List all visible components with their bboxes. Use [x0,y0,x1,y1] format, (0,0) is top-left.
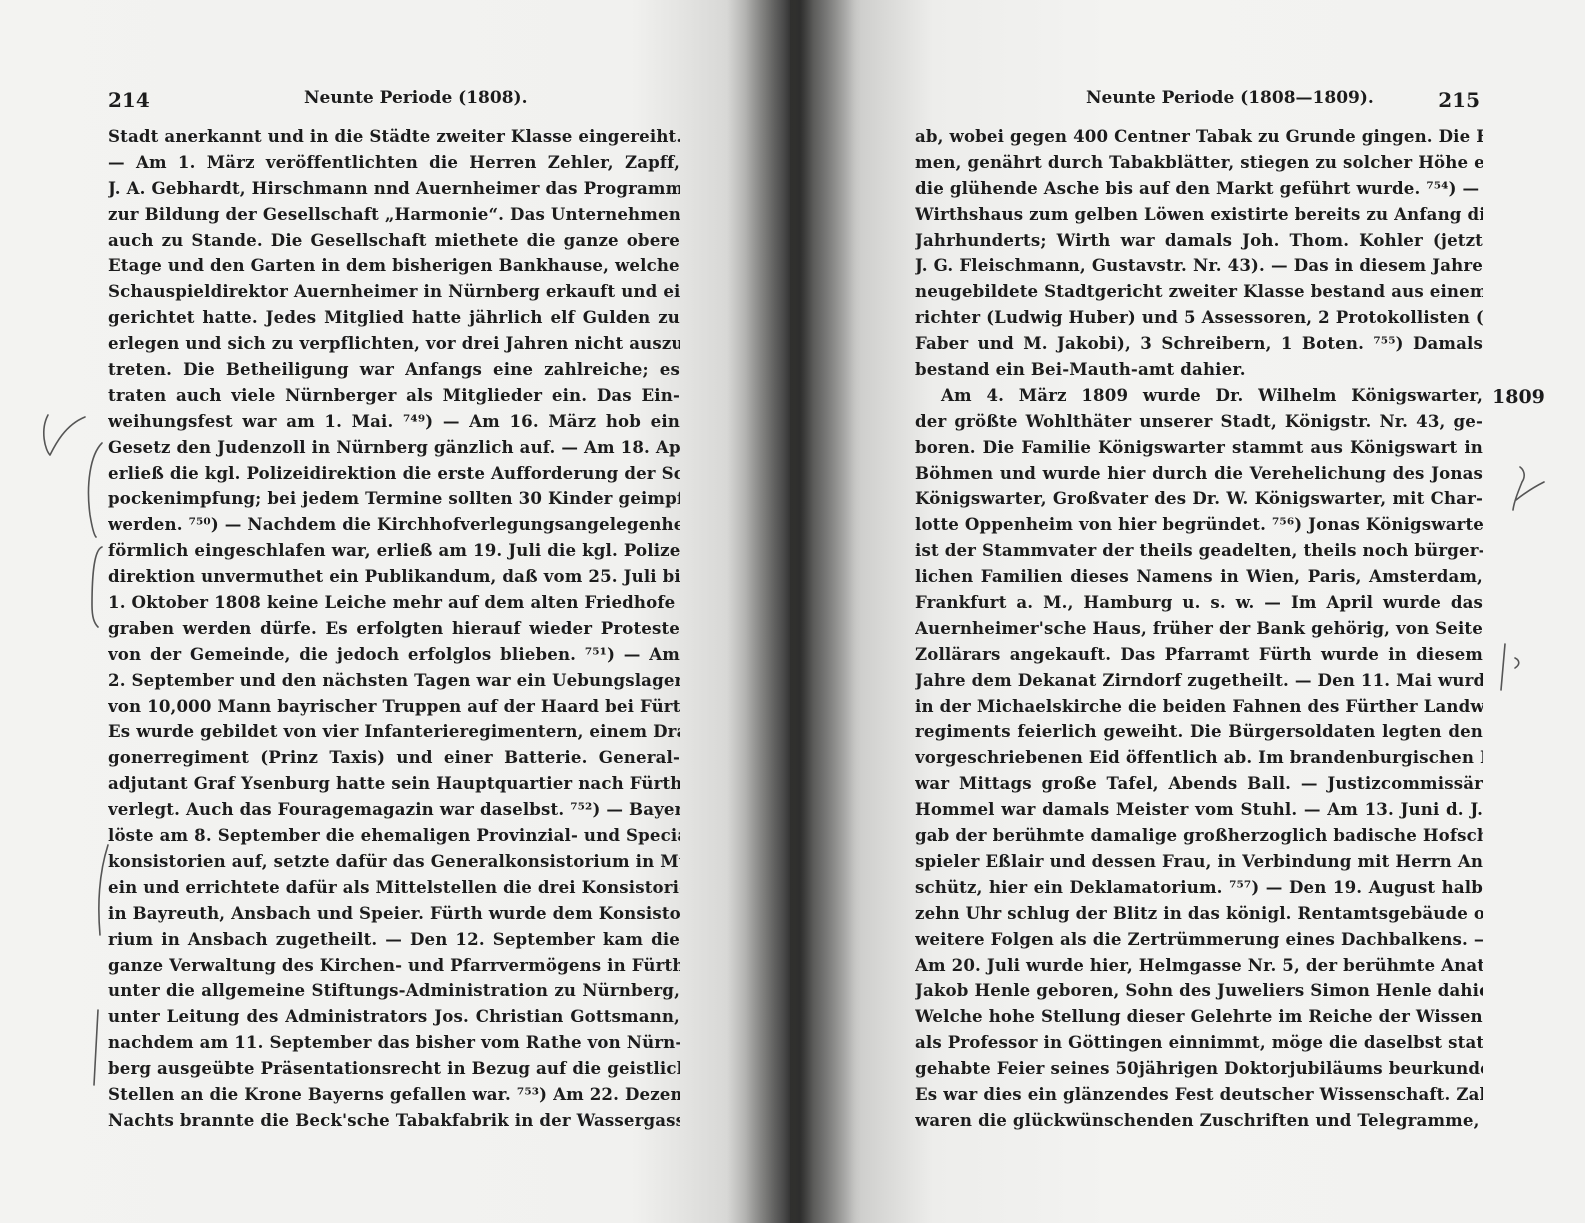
text-line: Jakob Henle geboren, Sohn des Juweliers … [915,978,1483,1004]
text-line: traten auch viele Nürnberger als Mitglie… [108,383,680,409]
text-line: Jahre dem Dekanat Zirndorf zugetheilt. —… [915,668,1483,694]
text-line: Jahrhunderts; Wirth war damals Joh. Thom… [915,228,1483,254]
text-line: adjutant Graf Ysenburg hatte sein Hauptq… [108,771,680,797]
text-line: unter die allgemeine Stiftungs-Administr… [108,978,680,1004]
text-line: Böhmen und wurde hier durch die Vereheli… [915,461,1483,487]
text-line: unter Leitung des Administrators Jos. Ch… [108,1004,680,1030]
right-page: Neunte Periode (1808—1809). 215 ab, wobe… [790,0,1585,1223]
text-line: J. A. Gebhardt, Hirschmann nnd Auernheim… [108,176,680,202]
text-line: treten. Die Betheiligung war Anfangs ein… [108,357,680,383]
page-number: 215 [1438,88,1480,112]
text-line: zur Bildung der Gesellschaft „Harmonie“.… [108,202,680,228]
text-line: Schauspieldirektor Auernheimer in Nürnbe… [108,279,680,305]
pencil-checkmark-icon [40,405,90,485]
text-line: waren die glückwünschenden Zuschriften u… [915,1108,1483,1134]
text-line: gerichtet hatte. Jedes Mitglied hatte jä… [108,305,680,331]
text-line: weitere Folgen als die Zertrümmerung ein… [915,927,1483,953]
text-line: erließ die kgl. Polizeidirektion die ers… [108,461,680,487]
text-line: Es war dies ein glänzendes Fest deutsche… [915,1082,1483,1108]
text-line: richter (Ludwig Huber) und 5 Assessoren,… [915,305,1483,331]
running-title: Neunte Periode (1808—1809). [1086,88,1374,108]
text-line: Zollärars angekauft. Das Pfarramt Fürth … [915,642,1483,668]
text-line: Es wurde gebildet von vier Infanteriereg… [108,719,680,745]
pencil-bracket-annotation [80,435,110,635]
text-line: lotte Oppenheim von hier begründet. ⁷⁵⁶)… [915,512,1483,538]
text-line: Auernheimer'sche Haus, früher der Bank g… [915,616,1483,642]
text-line: men, genährt durch Tabakblätter, stiegen… [915,150,1483,176]
text-line: Welche hohe Stellung dieser Gelehrte im … [915,1004,1483,1030]
text-line: Stellen an die Krone Bayerns gefallen wa… [108,1082,680,1108]
text-line: 1. Oktober 1808 keine Leiche mehr auf de… [108,590,680,616]
text-line: ein und errichtete dafür als Mittelstell… [108,875,680,901]
text-line: als Professor in Göttingen einnimmt, mög… [915,1030,1483,1056]
text-line: auch zu Stande. Die Gesellschaft miethet… [108,228,680,254]
text-line: Etage und den Garten in dem bisherigen B… [108,253,680,279]
text-line: von 10,000 Mann bayrischer Truppen auf d… [108,694,680,720]
text-line: Königswarter, Großvater des Dr. W. König… [915,486,1483,512]
text-line: zehn Uhr schlug der Blitz in das königl.… [915,901,1483,927]
text-line: rium in Ansbach zugetheilt. — Den 12. Se… [108,927,680,953]
left-page: 214 Neunte Periode (1808). Stadt anerkan… [0,0,790,1223]
text-line: Am 4. März 1809 wurde Dr. Wilhelm Königs… [915,383,1483,409]
text-line: 2. September und den nächsten Tagen war … [108,668,680,694]
book-spread: 214 Neunte Periode (1808). Stadt anerkan… [0,0,1585,1223]
text-line: werden. ⁷⁵⁰) — Nachdem die Kirchhofverle… [108,512,680,538]
text-line: erlegen und sich zu verpflichten, vor dr… [108,331,680,357]
text-line: bestand ein Bei-Mauth-amt dahier. [915,357,1483,383]
text-line: weihungsfest war am 1. Mai. ⁷⁴⁹) — Am 16… [108,409,680,435]
text-line: Hommel war damals Meister vom Stuhl. — A… [915,797,1483,823]
text-line: ab, wobei gegen 400 Centner Tabak zu Gru… [915,124,1483,150]
text-line: Am 20. Juli wurde hier, Helmgasse Nr. 5,… [915,953,1483,979]
text-line: förmlich eingeschlafen war, erließ am 19… [108,538,680,564]
pencil-checkmark-icon [1508,462,1548,517]
text-line: — Am 1. März veröffentlichten die Herren… [108,150,680,176]
text-line: Nachts brannte die Beck'sche Tabakfabrik… [108,1108,680,1134]
pencil-line-annotation [88,1005,104,1090]
text-line: neugebildete Stadtgericht zweiter Klasse… [915,279,1483,305]
text-line: ganze Verwaltung des Kirchen- und Pfarrv… [108,953,680,979]
text-line: J. G. Fleischmann, Gustavstr. Nr. 43). —… [915,253,1483,279]
text-line: Frankfurt a. M., Hamburg u. s. w. — Im A… [915,590,1483,616]
text-line: Faber und M. Jakobi), 3 Schreibern, 1 Bo… [915,331,1483,357]
text-line: gehabte Feier seines 50jährigen Doktorju… [915,1056,1483,1082]
text-line: schütz, hier ein Deklamatorium. ⁷⁵⁷) — D… [915,875,1483,901]
text-line: berg ausgeübte Präsentationsrecht in Bez… [108,1056,680,1082]
text-line: Wirthshaus zum gelben Löwen existirte be… [915,202,1483,228]
text-line: nachdem am 11. September das bisher vom … [108,1030,680,1056]
text-line: pockenimpfung; bei jedem Termine sollten… [108,486,680,512]
text-line: löste am 8. September die ehemaligen Pro… [108,823,680,849]
text-line: boren. Die Familie Königswarter stammt a… [915,435,1483,461]
text-line: konsistorien auf, setzte dafür das Gener… [108,849,680,875]
text-line: der größte Wohlthäter unserer Stadt, Kön… [915,409,1483,435]
margin-year: 1809 [1492,386,1545,408]
page-number: 214 [108,88,150,112]
text-line: lichen Familien dieses Namens in Wien, P… [915,564,1483,590]
text-line: von der Gemeinde, die jedoch erfolglos b… [108,642,680,668]
text-line: in Bayreuth, Ansbach und Speier. Fürth w… [108,901,680,927]
text-line: graben werden dürfe. Es erfolgten hierau… [108,616,680,642]
text-line: vorgeschriebenen Eid öffentlich ab. Im b… [915,745,1483,771]
text-line: gonerregiment (Prinz Taxis) und einer Ba… [108,745,680,771]
text-line: verlegt. Auch das Fouragemagazin war das… [108,797,680,823]
text-line: gab der berühmte damalige großherzoglich… [915,823,1483,849]
right-body-text: ab, wobei gegen 400 Centner Tabak zu Gru… [915,124,1483,1134]
text-line: regiments feierlich geweiht. Die Bürgers… [915,719,1483,745]
text-line: war Mittags große Tafel, Abends Ball. — … [915,771,1483,797]
pencil-line-annotation [1495,640,1525,695]
text-line: die glühende Asche bis auf den Markt gef… [915,176,1483,202]
text-line: spieler Eßlair und dessen Frau, in Verbi… [915,849,1483,875]
text-line: Stadt anerkannt und in die Städte zweite… [108,124,680,150]
running-title: Neunte Periode (1808). [304,88,528,108]
text-line: ist der Stammvater der theils geadelten,… [915,538,1483,564]
text-line: direktion unvermuthet ein Publikandum, d… [108,564,680,590]
text-line: Gesetz den Judenzoll in Nürnberg gänzlic… [108,435,680,461]
left-body-text: Stadt anerkannt und in die Städte zweite… [108,124,680,1134]
text-line: in der Michaelskirche die beiden Fahnen … [915,694,1483,720]
